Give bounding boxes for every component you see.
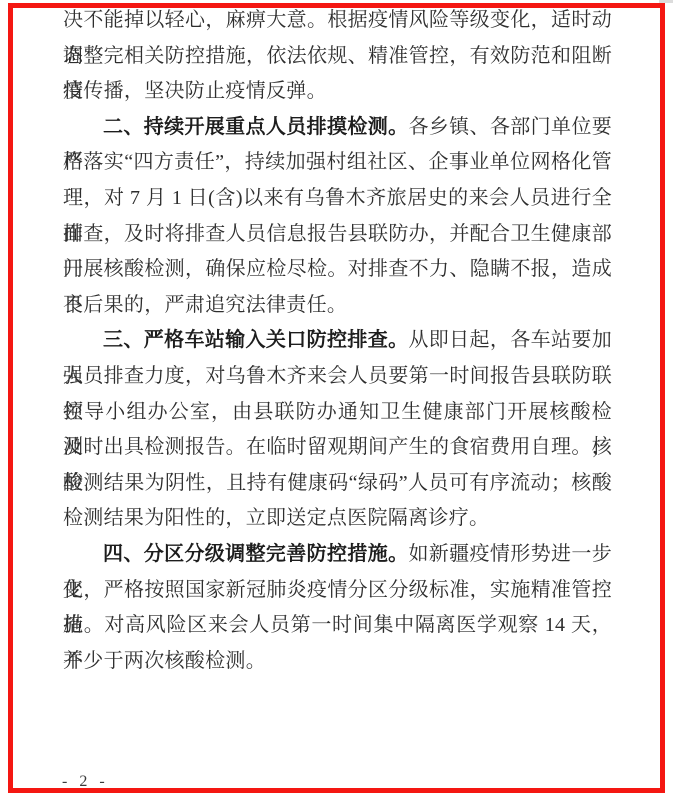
doc-line: 调整完相关防控措施，依法依规、精准管控，有效防范和阻断疫	[63, 39, 612, 75]
doc-line: 二、持续开展重点人员排摸检测。各乡镇、各部门单位要严	[63, 110, 612, 146]
document-page: 决不能掉以轻心，麻痹大意。根据疫情风险等级变化，适时动态 调整完相关防控措施，依…	[0, 0, 673, 799]
doc-line: 化，严格按照国家新冠肺炎疫情分区分级标准，实施精准管控措	[63, 573, 612, 609]
doc-line: 格落实“四方责任”，持续加强村组社区、企事业单位网格化管	[63, 145, 612, 181]
doc-line: 理，对 7 月 1 日(含)以来有乌鲁木齐旅居史的来会人员进行全面	[63, 181, 612, 217]
paragraph-heading: 四、分区分级调整完善防控措施。	[103, 543, 408, 565]
paragraph-heading: 三、严格车站输入关口防控排查。	[103, 329, 408, 351]
doc-line: 情传播，坚决防止疫情反弹。	[63, 74, 612, 110]
doc-line: 检测结果为阳性的，立即送定点医院隔离诊疗。	[63, 501, 612, 537]
page-number: - 2 -	[62, 773, 109, 791]
document-body-text: 决不能掉以轻心，麻痹大意。根据疫情风险等级变化，适时动态 调整完相关防控措施，依…	[63, 3, 612, 679]
doc-line: 检测结果为阴性，且持有健康码“绿码”人员可有序流动；核酸	[63, 466, 612, 502]
doc-line: 开展核酸检测，确保应检尽检。对排查不力、隐瞒不报，造成不	[63, 252, 612, 288]
doc-line: 三、严格车站输入关口防控排查。从即日起，各车站要加强	[63, 323, 612, 359]
doc-line: 施。对高风险区来会人员第一时间集中隔离医学观察 14 天，并	[63, 608, 612, 644]
doc-line: 排查，及时将排查人员信息报告县联防办，并配合卫生健康部门	[63, 217, 612, 253]
doc-line: 及时出具检测报告。在临时留观期间产生的食宿费用自理。核酸	[63, 430, 612, 466]
doc-line: 四、分区分级调整完善防控措施。如新疆疫情形势进一步变	[63, 537, 612, 573]
doc-line: 不少于两次核酸检测。	[63, 644, 612, 680]
paragraph-heading: 二、持续开展重点人员排摸检测。	[103, 116, 408, 138]
doc-line: 良后果的，严肃追究法律责任。	[63, 288, 612, 324]
doc-line: 决不能掉以轻心，麻痹大意。根据疫情风险等级变化，适时动态	[63, 3, 612, 39]
doc-line: 领导小组办公室，由县联防办通知卫生健康部门开展核酸检测，	[63, 395, 612, 431]
doc-line: 人员排查力度，对乌鲁木齐来会人员要第一时间报告县联防联控	[63, 359, 612, 395]
